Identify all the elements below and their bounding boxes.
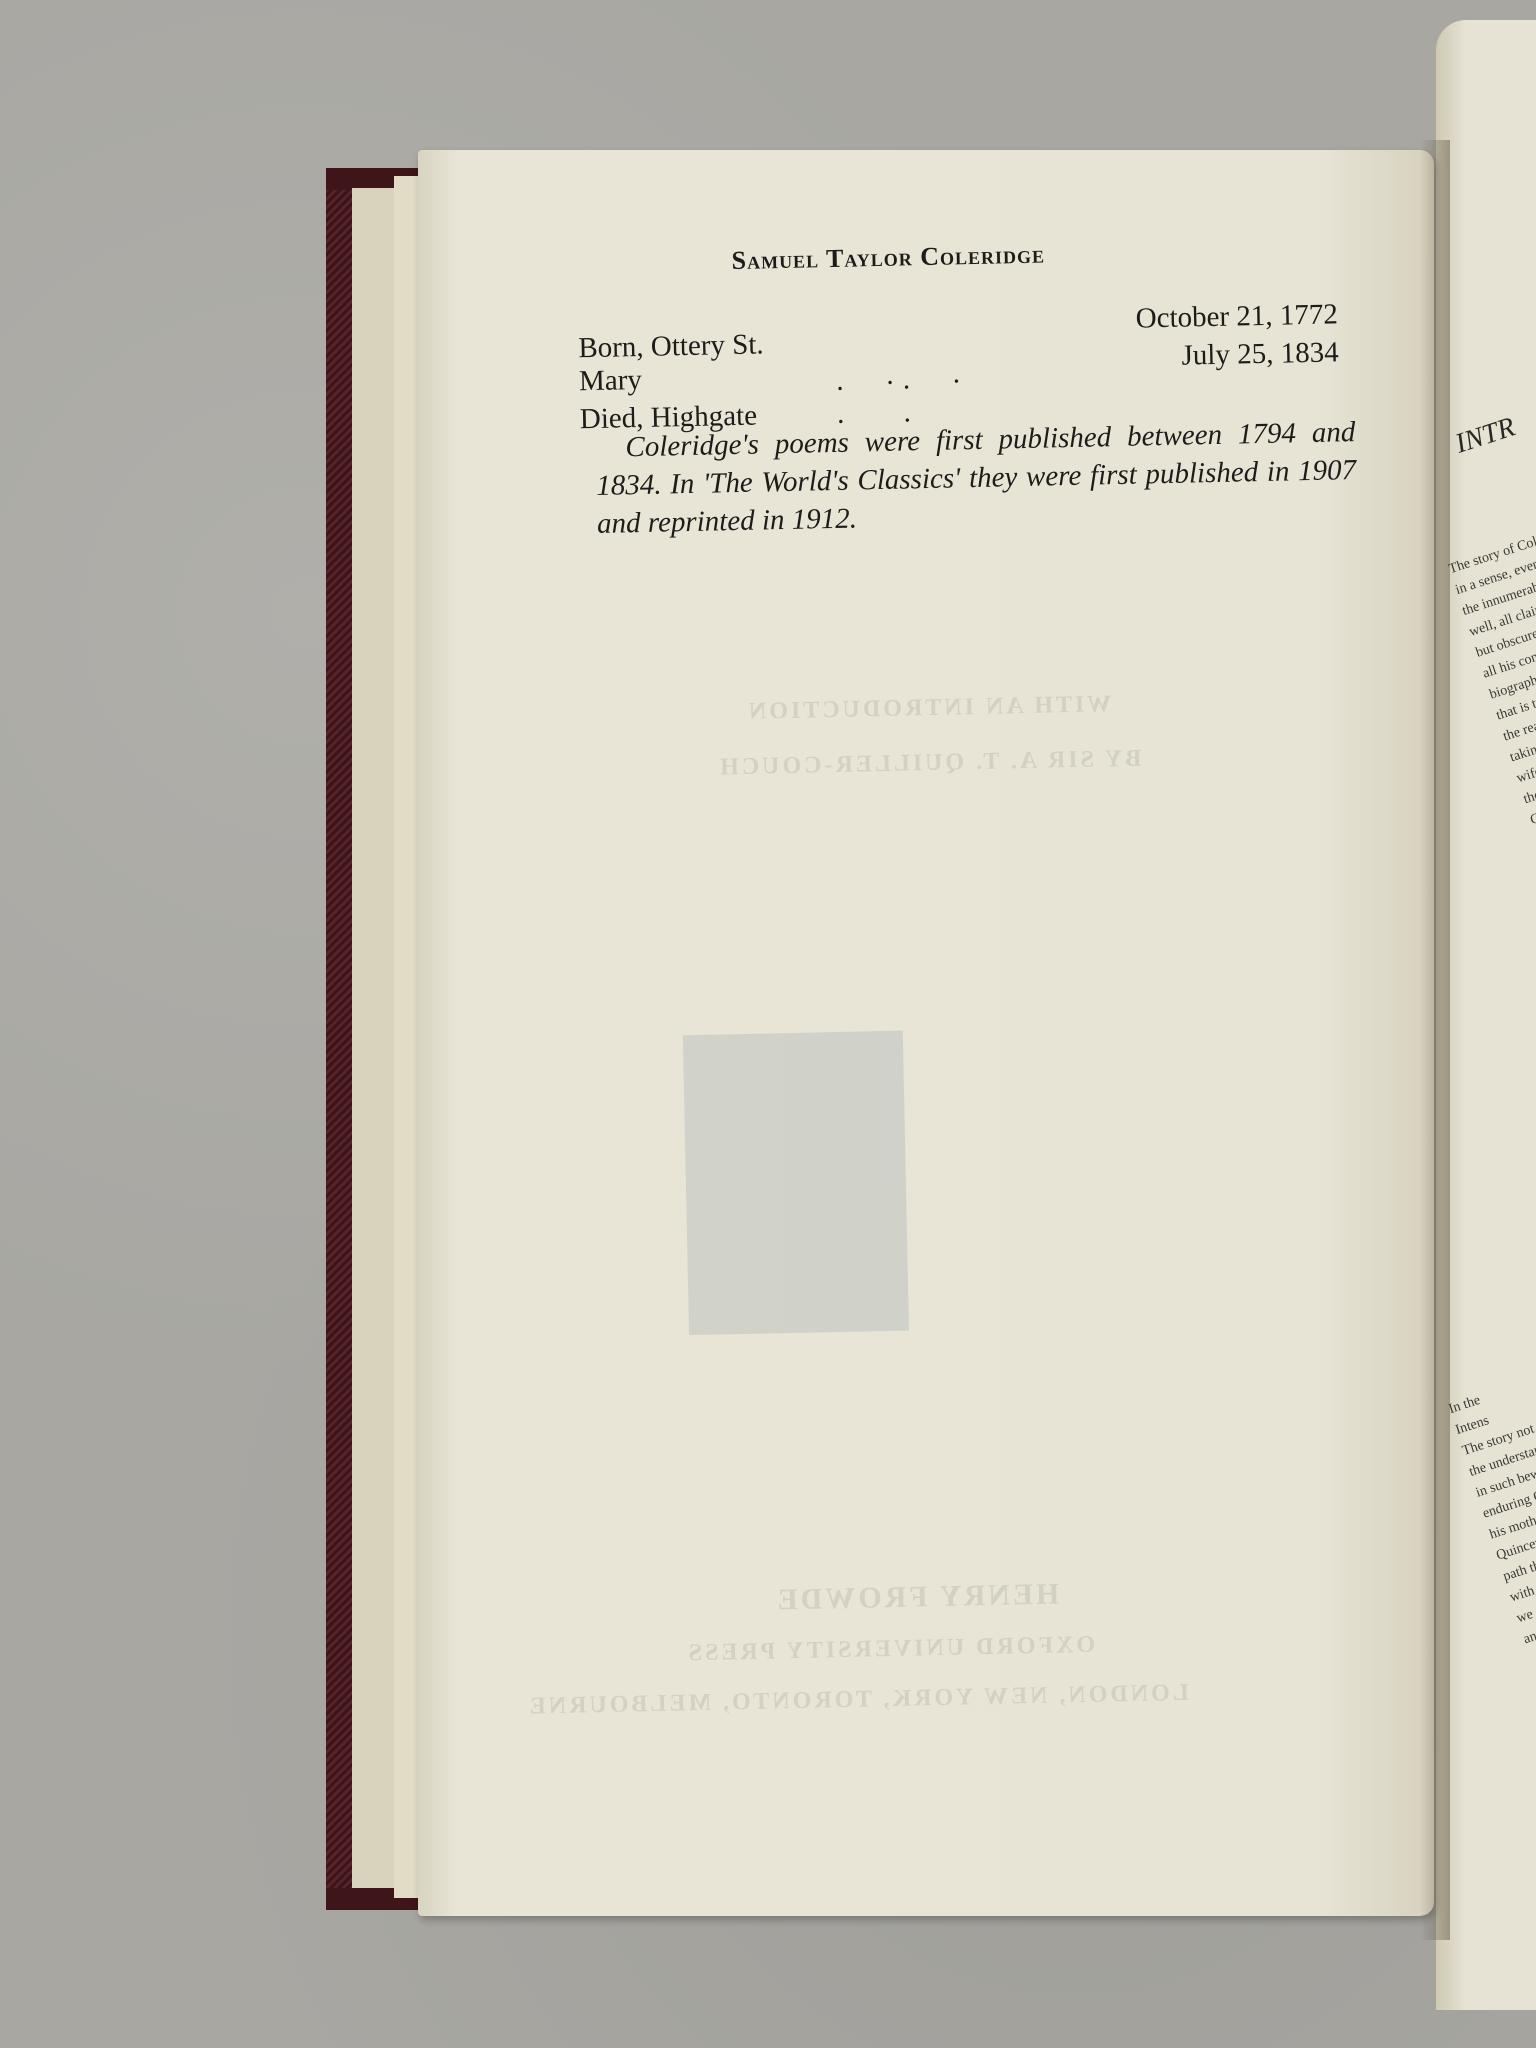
left-page-content: Samuel Taylor Coleridge Born, Ottery St.… [414,139,1467,1926]
born-date: October 21, 1772 [998,298,1339,338]
show-through-image [683,1031,909,1336]
show-through-publisher-1: HENRY FROWDE [774,1577,1059,1617]
page-heading: Samuel Taylor Coleridge [731,239,1045,276]
show-through-line-1: WITH AN INTRODUCTION [746,691,1112,726]
show-through-publisher-2: OXFORD UNIVERSITY PRESS [685,1632,1095,1668]
publication-note: Coleridge's poems were first published b… [595,413,1357,543]
show-through-line-2: BY SIR A. T. QUILLER-COUCH [717,746,1142,782]
show-through-publisher-3: LONDON, NEW YORK, TORONTO, MELBOURNE [527,1680,1190,1721]
died-date: July 25, 1834 [998,336,1339,376]
